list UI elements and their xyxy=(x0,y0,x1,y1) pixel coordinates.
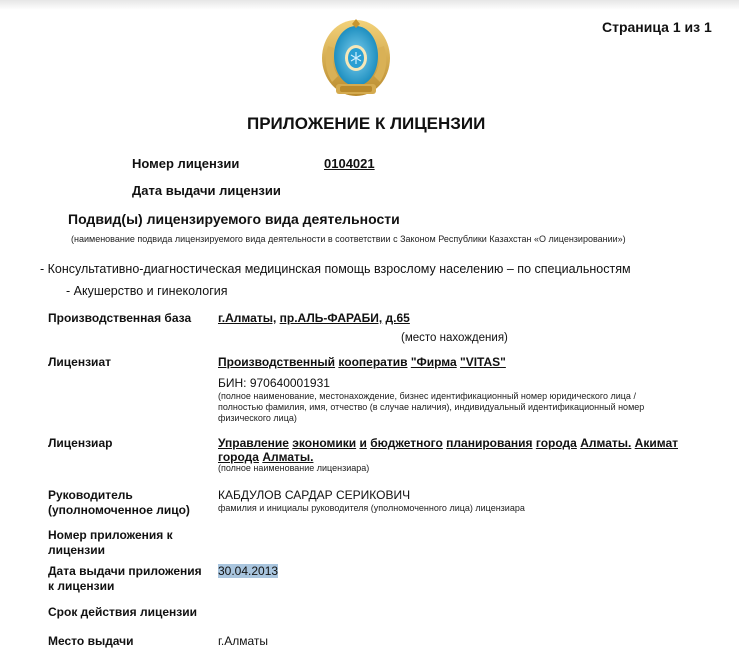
subtype-item: - Консультативно-диагностическая медицин… xyxy=(40,262,631,276)
licensor-label: Лицензиар xyxy=(48,436,112,450)
licensor-name-line1: Управление экономики и бюджетного планир… xyxy=(218,436,678,450)
production-base-label: Производственная база xyxy=(48,311,191,325)
validity-label: Срок действия лицензии xyxy=(48,605,197,619)
subtype-item: - Акушерство и гинекология xyxy=(66,284,228,298)
appendix-date-value[interactable]: 30.04.2013 xyxy=(218,564,278,578)
production-base-note: (место нахождения) xyxy=(401,332,508,344)
head-label: Руководитель (уполномоченное лицо) xyxy=(48,488,190,518)
appendix-date-label: Дата выдачи приложения к лицензии xyxy=(48,564,202,594)
licensor-name-line2: города Алматы. xyxy=(218,450,313,464)
license-date-label: Дата выдачи лицензии xyxy=(132,183,281,198)
appendix-number-label: Номер приложения к лицензии xyxy=(48,528,173,558)
licensee-note-line: физического лица) xyxy=(218,413,297,423)
licensor-note: (полное наименование лицензиара) xyxy=(218,463,369,473)
page-indicator: Страница 1 из 1 xyxy=(602,19,712,35)
head-name: КАБДУЛОВ САРДАР СЕРИКОВИЧ xyxy=(218,488,410,502)
licensee-label: Лицензиат xyxy=(48,355,111,369)
document-title: ПРИЛОЖЕНИЕ К ЛИЦЕНЗИИ xyxy=(247,114,485,134)
licensee-note-line: полностью фамилия, имя, отчество (в случ… xyxy=(218,402,644,412)
production-base-value: г.Алматы, пр.АЛЬ-ФАРАБИ, д.65 xyxy=(218,311,410,325)
issue-place-label: Место выдачи xyxy=(48,634,134,648)
licensee-name: Производственный кооператив "Фирма "VITA… xyxy=(218,355,506,369)
licensee-bin: БИН: 970640001931 xyxy=(218,376,330,390)
viewer-top-shadow xyxy=(0,0,739,10)
subtypes-heading: Подвид(ы) лицензируемого вида деятельнос… xyxy=(68,211,400,227)
subtypes-note: (наименование подвида лицензируемого вид… xyxy=(71,234,626,244)
head-note: фамилия и инициалы руководителя (уполном… xyxy=(218,503,525,513)
issue-place-value: г.Алматы xyxy=(218,634,268,648)
license-number-label: Номер лицензии xyxy=(132,156,239,171)
licensee-note-line: (полное наименование, местонахождение, б… xyxy=(218,391,636,401)
kazakhstan-state-emblem-icon xyxy=(318,16,394,104)
license-number-value: 0104021 xyxy=(324,156,375,171)
